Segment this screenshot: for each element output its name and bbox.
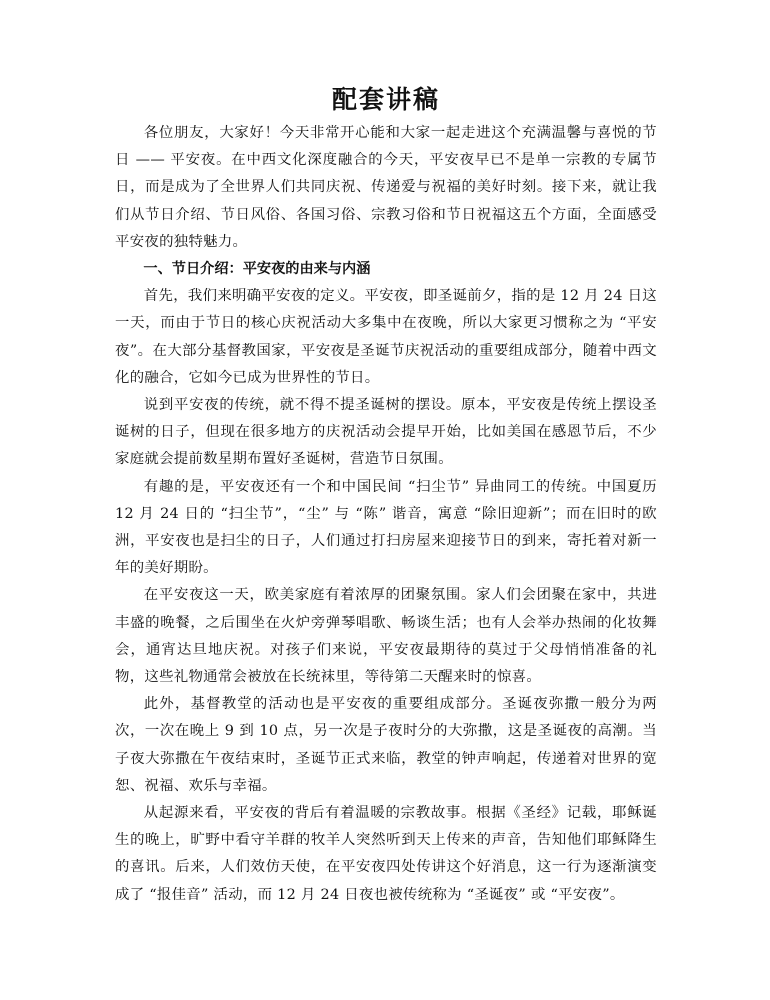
document-page: 配套讲稿 各位朋友，大家好！今天非常开心能和大家一起走进这个充满温馨与喜悦的节日…	[115, 82, 657, 909]
paragraph-christmas-tree: 说到平安夜的传统，就不得不提圣诞树的摆设。原本，平安夜是传统上摆设圣诞树的日子，…	[115, 392, 657, 474]
paragraph-sweeping-festival: 有趣的是，平安夜还有一个和中国民间 “扫尘节” 异曲同工的传统。中国夏历 12 …	[115, 474, 657, 583]
paragraph-church-mass: 此外，基督教堂的活动也是平安夜的重要组成部分。圣诞夜弥撒一般分为两次，一次在晚上…	[115, 691, 657, 800]
paragraph-origin: 从起源来看，平安夜的背后有着温暖的宗教故事。根据《圣经》记载，耶稣诞生的晚上，旷…	[115, 800, 657, 909]
document-title: 配套讲稿	[115, 82, 657, 118]
paragraph-definition: 首先，我们来明确平安夜的定义。平安夜，即圣诞前夕，指的是 12 月 24 日这一…	[115, 283, 657, 392]
paragraph-family-reunion: 在平安夜这一天，欧美家庭有着浓厚的团聚氛围。家人们会团聚在家中，共进丰盛的晚餐，…	[115, 582, 657, 691]
paragraph-intro: 各位朋友，大家好！今天非常开心能和大家一起走进这个充满温馨与喜悦的节日 —— 平…	[115, 120, 657, 256]
section-heading-1: 一、节日介绍：平安夜的由来与内涵	[115, 256, 657, 283]
